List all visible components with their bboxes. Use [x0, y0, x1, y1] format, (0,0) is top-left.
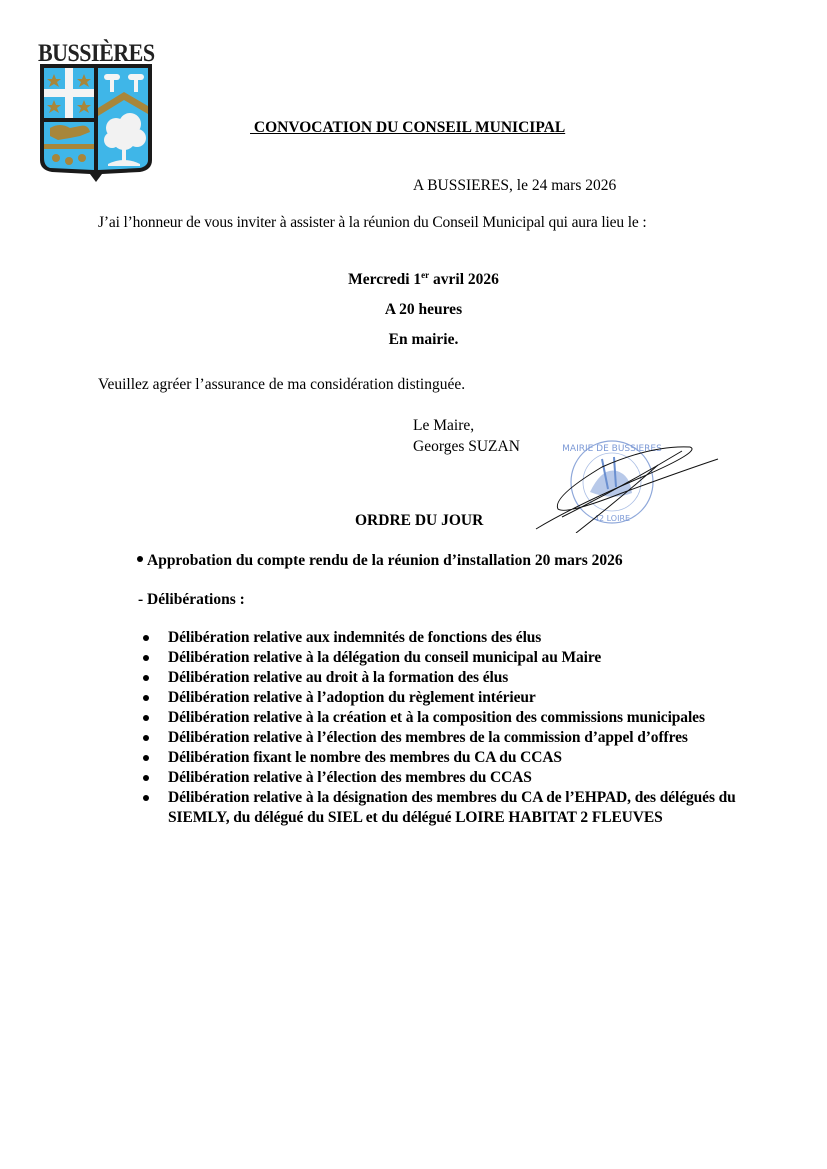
meeting-date: Mercredi 1er avril 2026: [0, 271, 827, 289]
signer-block: Le Maire, Georges SUZAN: [413, 415, 520, 457]
deliberations-heading: - Délibérations :: [138, 591, 245, 609]
bullet-icon: [143, 755, 149, 761]
list-item: Délibération relative à l’adoption du rè…: [140, 688, 760, 708]
document-title: CONVOCATION DU CONSEIL MUNICIPAL: [250, 119, 650, 137]
signer-role: Le Maire,: [413, 415, 520, 436]
bullet-icon: [143, 715, 149, 721]
bullet-icon: [143, 735, 149, 741]
list-item: Délibération relative à l’élection des m…: [140, 728, 760, 748]
stamp-text-top: MAIRIE DE BUSSIERES: [562, 444, 662, 454]
list-item: Délibération relative à la délégation du…: [140, 648, 760, 668]
invitation-text: J’ai l’honneur de vous inviter à assiste…: [98, 214, 647, 232]
list-item: Délibération relative aux indemnités de …: [140, 628, 760, 648]
list-item: Délibération relative à la création et à…: [140, 708, 760, 728]
coat-of-arms-icon: [36, 62, 156, 182]
bullet-icon: [143, 695, 149, 701]
bullet-icon: [143, 675, 149, 681]
list-item: Délibération relative à la désignation d…: [140, 788, 760, 828]
place-and-date: A BUSSIERES, le 24 mars 2026: [413, 177, 616, 195]
list-item: Délibération relative au droit à la form…: [140, 668, 760, 688]
bullet-icon: [143, 655, 149, 661]
deliberations-list: Délibération relative aux indemnités de …: [140, 628, 760, 828]
stamp-text-bottom: 42 LOIRE: [594, 514, 630, 523]
bullet-icon: [143, 775, 149, 781]
bullet-icon: [137, 556, 143, 562]
meeting-place: En mairie.: [0, 331, 827, 349]
signer-name: Georges SUZAN: [413, 436, 520, 457]
approval-item: Approbation du compte rendu de la réunio…: [137, 552, 623, 570]
list-item: Délibération fixant le nombre des membre…: [140, 748, 760, 768]
closing-formula: Veuillez agréer l’assurance de ma consid…: [98, 376, 465, 394]
bullet-icon: [143, 635, 149, 641]
official-stamp-and-signature-icon: MAIRIE DE BUSSIERES 42 LOIRE: [532, 437, 722, 533]
bullet-icon: [143, 795, 149, 801]
agenda-title: ORDRE DU JOUR: [355, 512, 483, 530]
meeting-time: A 20 heures: [0, 301, 827, 319]
list-item: Délibération relative à l’élection des m…: [140, 768, 760, 788]
